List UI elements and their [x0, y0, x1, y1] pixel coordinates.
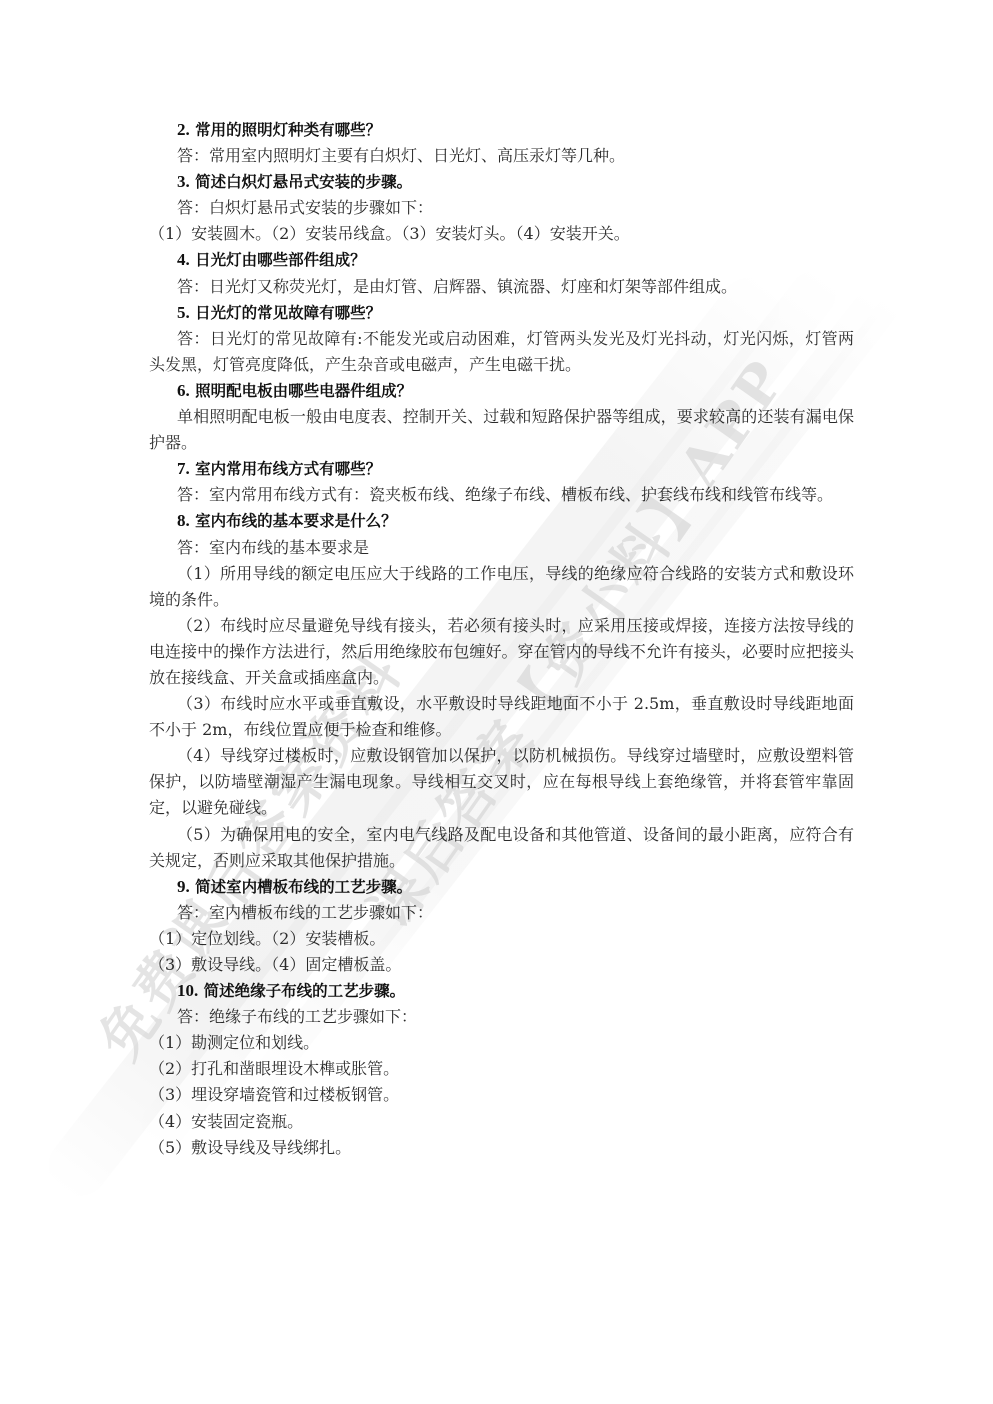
answer-line: （5）敷设导线及导线绑扎。 — [149, 1135, 854, 1161]
question-heading: 9. 简述室内槽板布线的工艺步骤。 — [149, 874, 854, 900]
question-heading: 8. 室内布线的基本要求是什么？ — [149, 508, 854, 534]
question-heading: 7. 室内常用布线方式有哪些？ — [149, 456, 854, 482]
question-heading: 5. 日光灯的常见故障有哪些？ — [149, 300, 854, 326]
answer-line: （4）安装固定瓷瓶。 — [149, 1109, 854, 1135]
answer-line: （1）勘测定位和划线。 — [149, 1030, 854, 1056]
answer-paragraph: （3）布线时应水平或垂直敷设，水平敷设时导线距地面不小于 2.5m，垂直敷设时导… — [149, 691, 854, 743]
document-body: 2. 常用的照明灯种类有哪些？ 答：常用室内照明灯主要有白炽灯、日光灯、高压汞灯… — [149, 117, 854, 1161]
answer-paragraph: （4）导线穿过楼板时，应敷设钢管加以保护，以防机械损伤。导线穿过墙壁时，应敷设塑… — [149, 743, 854, 821]
question-heading: 4. 日光灯由哪些部件组成？ — [149, 247, 854, 273]
answer-line: 答：常用室内照明灯主要有白炽灯、日光灯、高压汞灯等几种。 — [149, 143, 854, 169]
answer-line: （2）打孔和凿眼埋设木榫或胀管。 — [149, 1056, 854, 1082]
answer-paragraph: 单相照明配电板一般由电度表、控制开关、过载和短路保护器等组成，要求较高的还装有漏… — [149, 404, 854, 456]
answer-paragraph: 答：室内常用布线方式有：瓷夹板布线、绝缘子布线、槽板布线、护套线布线和线管布线等… — [149, 482, 854, 508]
answer-line: 答：日光灯又称荧光灯，是由灯管、启辉器、镇流器、灯座和灯架等部件组成。 — [149, 274, 854, 300]
answer-line: 答：绝缘子布线的工艺步骤如下： — [149, 1004, 854, 1030]
answer-paragraph: （5）为确保用电的安全，室内电气线路及配电设备和其他管道、设备间的最小距离，应符… — [149, 822, 854, 874]
question-heading: 6. 照明配电板由哪些电器件组成？ — [149, 378, 854, 404]
answer-paragraph: （1）所用导线的额定电压应大于线路的工作电压，导线的绝缘应符合线路的安装方式和敷… — [149, 561, 854, 613]
answer-line: （1）安装圆木。（2）安装吊线盒。（3）安装灯头。（4）安装开关。 — [149, 221, 854, 247]
answer-line: （3）敷设导线。（4）固定槽板盖。 — [149, 952, 854, 978]
answer-paragraph: 答：日光灯的常见故障有:不能发光或启动困难，灯管两头发光及灯光抖动，灯光闪烁，灯… — [149, 326, 854, 378]
answer-paragraph: （2）布线时应尽量避免导线有接头，若必须有接头时，应采用压接或焊接，连接方法按导… — [149, 613, 854, 691]
question-heading: 2. 常用的照明灯种类有哪些？ — [149, 117, 854, 143]
answer-line: （1）定位划线。（2）安装槽板。 — [149, 926, 854, 952]
answer-line: 答：室内布线的基本要求是 — [149, 535, 854, 561]
answer-line: （3）埋设穿墙瓷管和过楼板钢管。 — [149, 1082, 854, 1108]
answer-line: 答：白炽灯悬吊式安装的步骤如下： — [149, 195, 854, 221]
answer-line: 答：室内槽板布线的工艺步骤如下： — [149, 900, 854, 926]
question-heading: 3. 简述白炽灯悬吊式安装的步骤。 — [149, 169, 854, 195]
question-heading: 10. 简述绝缘子布线的工艺步骤。 — [149, 978, 854, 1004]
document-page: 课后答案【资小料】APP 免费课后答案资料 2. 常用的照明灯种类有哪些？ 答：… — [0, 0, 993, 1404]
